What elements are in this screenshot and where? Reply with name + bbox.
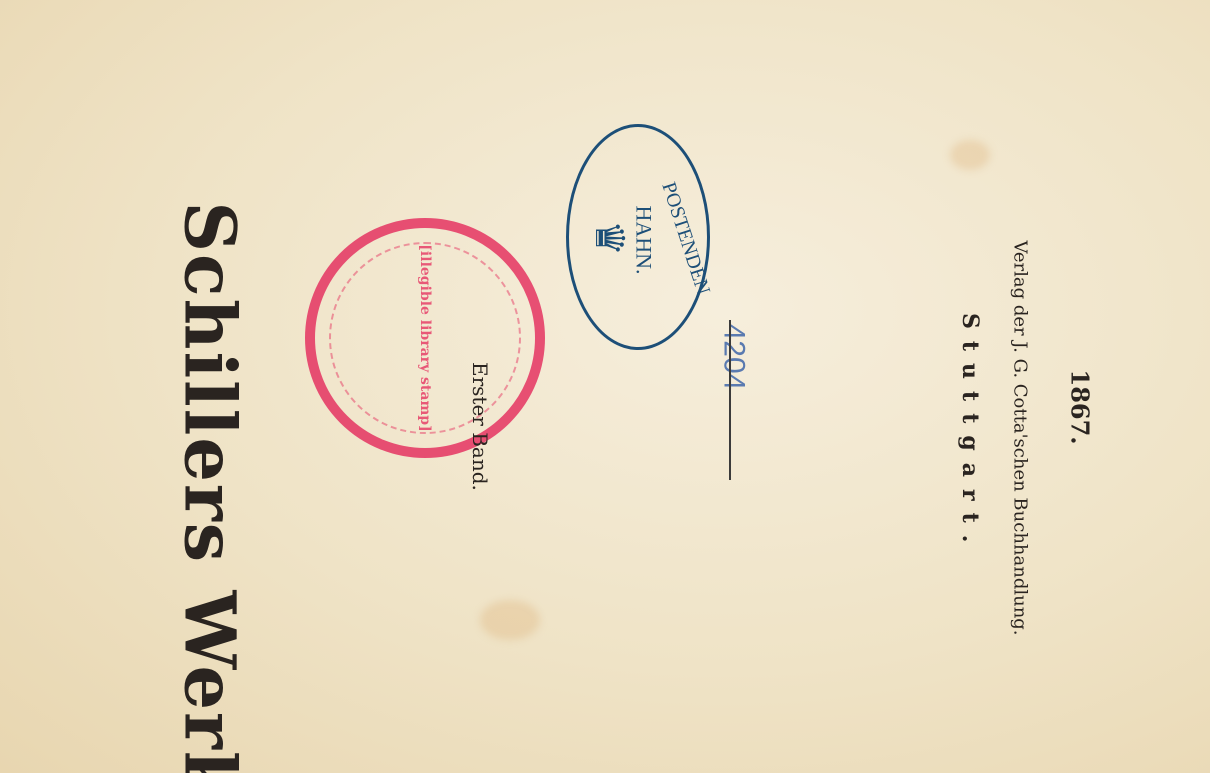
stamp-line-2: POSTENDEN: [656, 179, 714, 297]
publisher-line: Verlag der J. G. Cotta'schen Buchhandlun…: [1010, 241, 1031, 601]
stamp-line-1: HAHN.: [631, 205, 657, 274]
place-of-publication: Stuttgart.: [957, 313, 983, 513]
volume-label: Erster Band.: [468, 362, 492, 482]
paper-stain: [950, 140, 990, 170]
publication-year: 1867.: [1066, 370, 1095, 450]
crown-icon: ♛: [586, 220, 632, 256]
owner-stamp-blue: ♛ HAHN. POSTENDEN: [566, 124, 710, 350]
library-stamp-red: [illegible library stamp]: [305, 218, 545, 458]
title-page: Schillers Werke. [illegible library stam…: [0, 0, 1210, 773]
stamp-text: [illegible library stamp]: [417, 244, 433, 431]
book-title: Schillers Werke.: [169, 202, 252, 642]
divider-rule: [729, 320, 731, 480]
pencil-annotation: 4204: [716, 324, 750, 391]
paper-stain: [480, 600, 540, 640]
